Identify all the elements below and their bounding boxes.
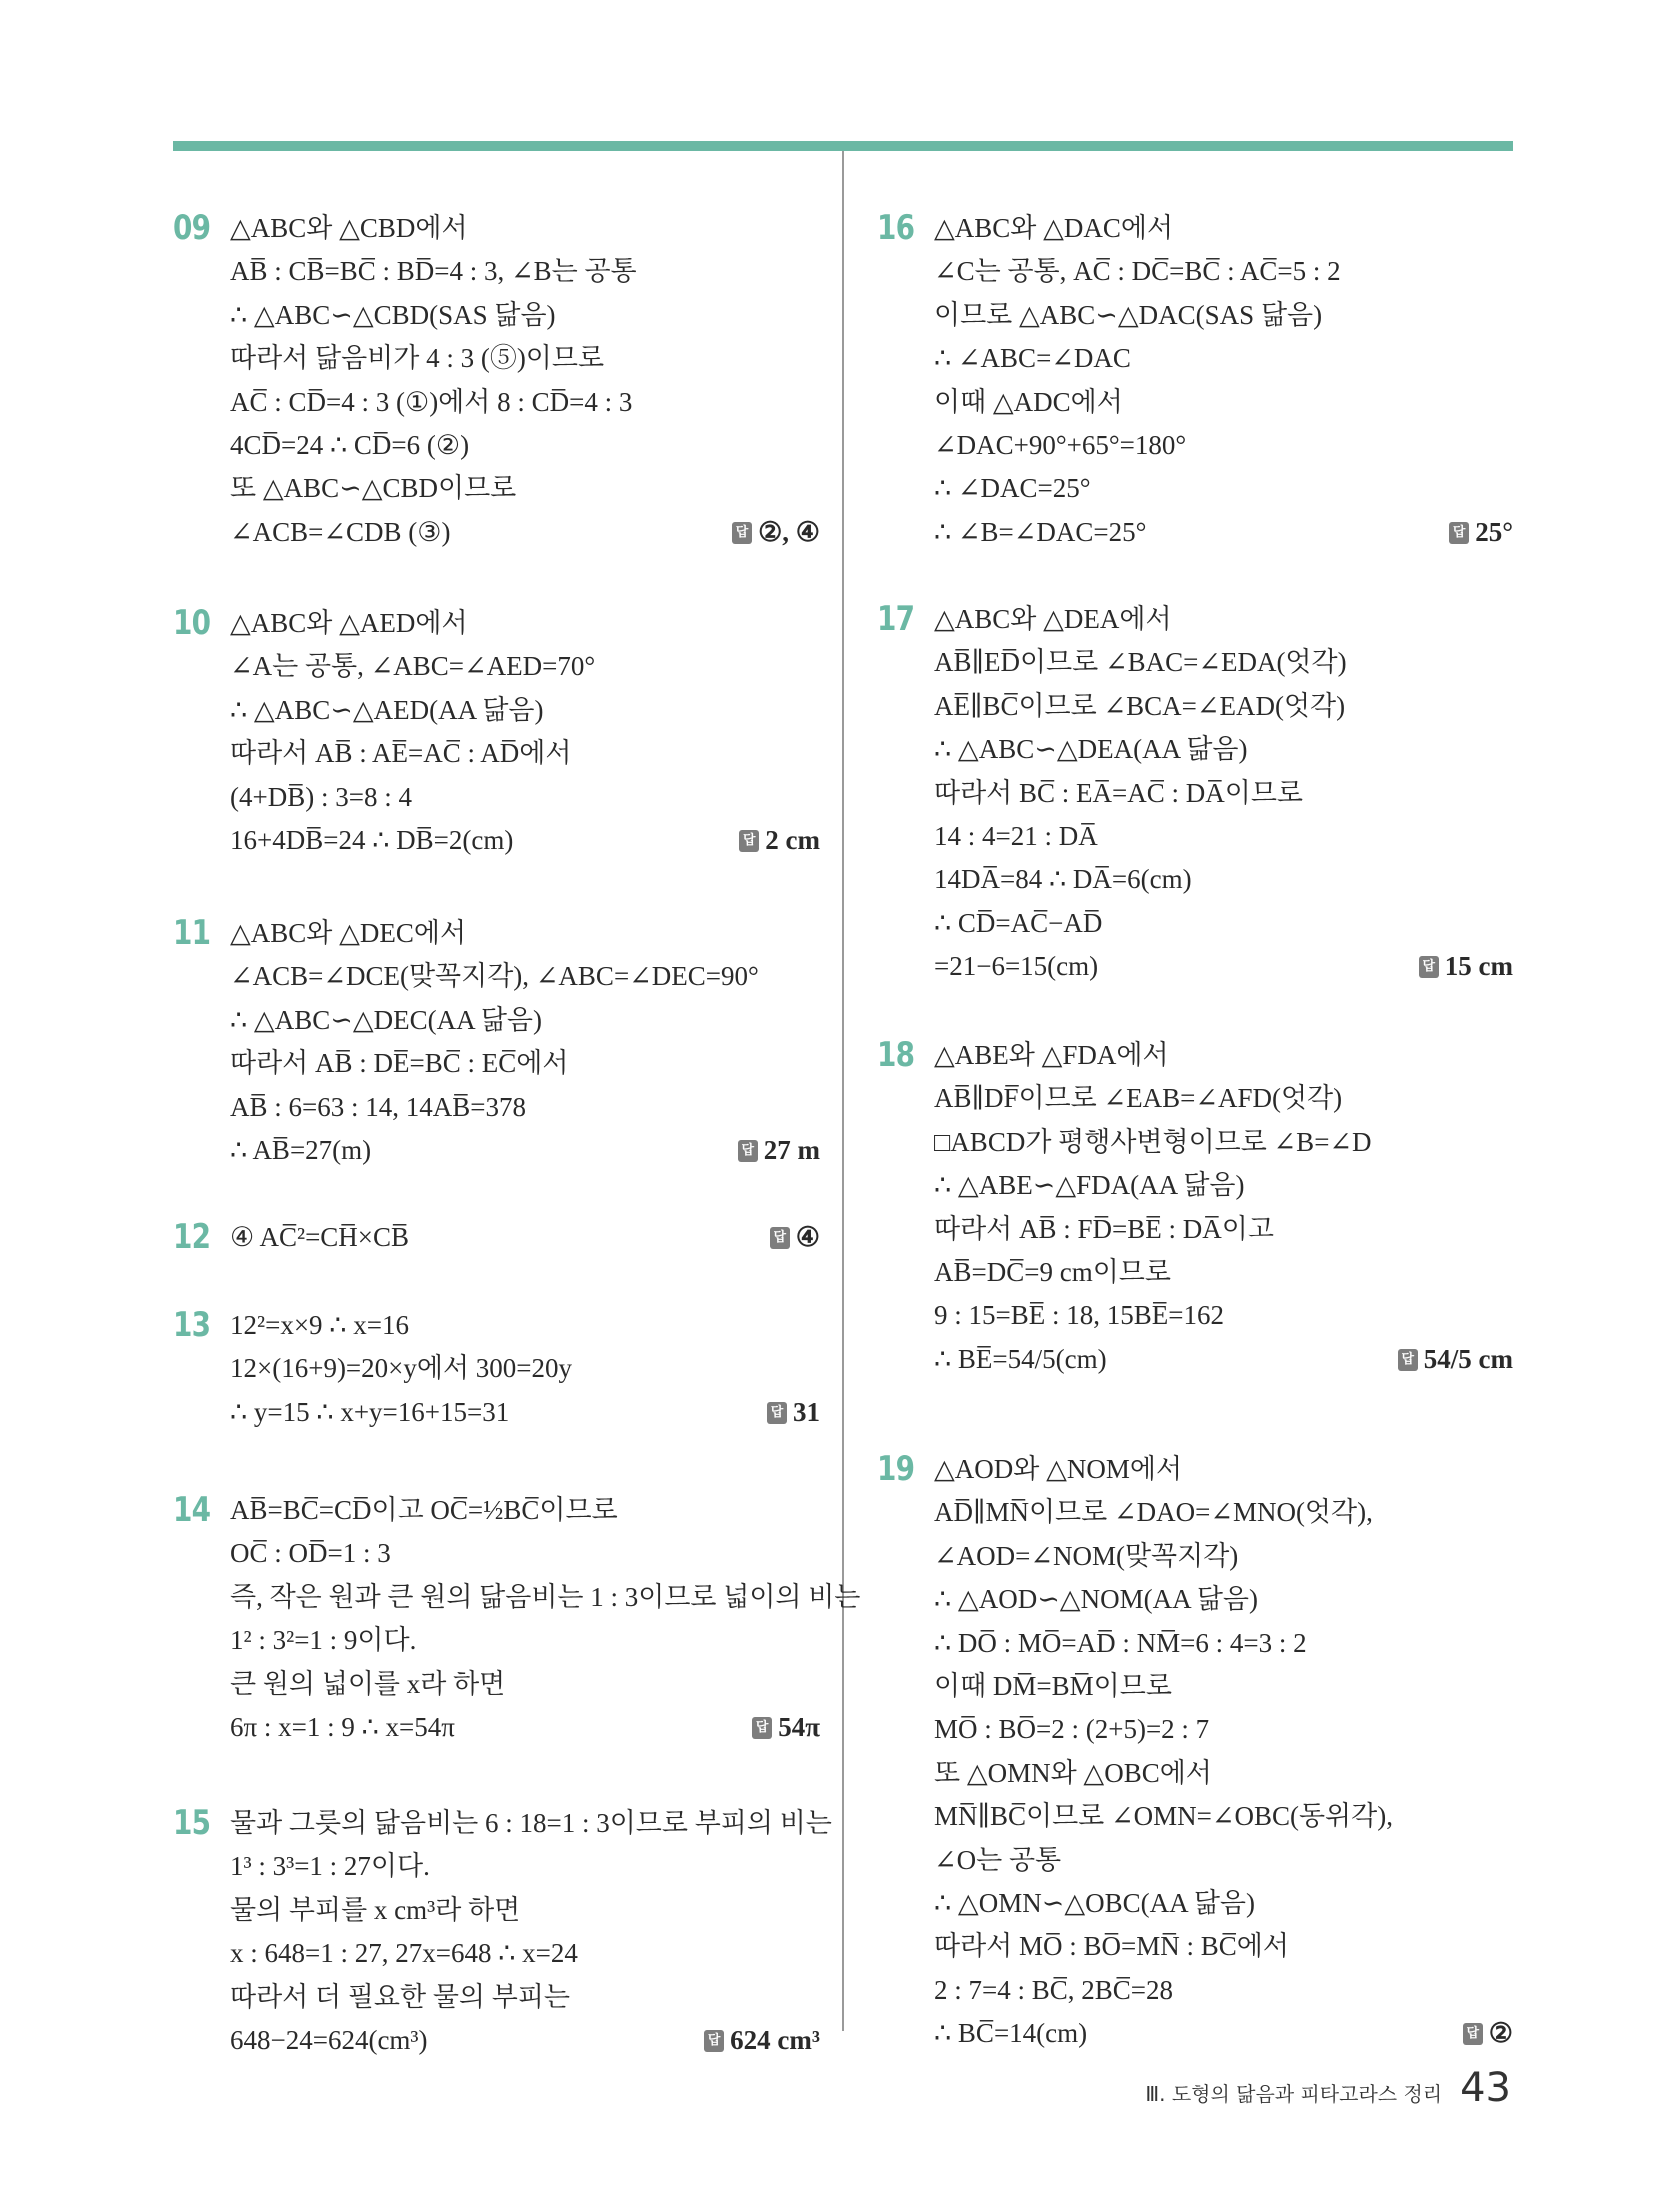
answer: 답31: [767, 1391, 820, 1434]
solution-line: 따라서 AB̅ : FD̅=BE̅ : DA̅이고: [934, 1208, 1372, 1251]
solution-line: 12²=x×9 ∴ x=16: [230, 1304, 572, 1347]
answer-value: 54/5 cm: [1424, 1338, 1513, 1381]
answer: 답54/5 cm: [1398, 1338, 1513, 1381]
solution-line: 이때 DM̅=BM̅이므로: [934, 1665, 1393, 1708]
problem-number: 15: [173, 1802, 210, 1845]
answer-value: ②: [1489, 2012, 1513, 2055]
solution-line: AB̅=DC̅=9 cm이므로: [934, 1251, 1372, 1294]
answer: 답②, ④: [732, 511, 820, 554]
solution-line: △ABC와 △DEC에서: [230, 912, 759, 955]
solution-line: MO̅ : BO̅=2 : (2+5)=2 : 7: [934, 1708, 1393, 1751]
solution-line: ∠C는 공통, AC̅ : DC̅=BC̅ : AC̅=5 : 2: [934, 250, 1341, 293]
solution-line: ∴ y=15 ∴ x+y=16+15=31: [230, 1391, 572, 1434]
header-accent-bar: [173, 141, 1513, 151]
solution-line: ∴ ∠DAC=25°: [934, 467, 1341, 510]
solution-line: 2 : 7=4 : BC̅, 2BC̅=28: [934, 1969, 1393, 2012]
solution-line: 따라서 MO̅ : BO̅=MN̅ : BC̅에서: [934, 1925, 1393, 1968]
solution-line: 따라서 BC̅ : EA̅=AC̅ : DA̅이므로: [934, 772, 1347, 815]
solution-line: AB̅=BC̅=CD̅이고 OC̅=½BC̅이므로: [230, 1489, 860, 1532]
solution-lines: 12²=x×9 ∴ x=1612×(16+9)=20×y에서 300=20y∴ …: [230, 1304, 572, 1434]
solution-line: 16+4DB̅=24 ∴ DB̅=2(cm): [230, 819, 595, 862]
solution-lines: △ABC와 △CBD에서AB̅ : CB̅=BC̅ : BD̅=4 : 3, ∠…: [230, 207, 637, 554]
answer-badge-icon: 답: [770, 1227, 790, 1249]
answer-value: 2 cm: [765, 819, 820, 862]
solution-line: 14DA̅=84 ∴ DA̅=6(cm): [934, 858, 1347, 901]
solution-line: AB̅∥ED̅이므로 ∠BAC=∠EDA(엇각): [934, 641, 1347, 684]
answer-value: 31: [793, 1391, 820, 1434]
answer-badge-icon: 답: [1419, 956, 1439, 978]
solution-line: =21−6=15(cm): [934, 945, 1347, 988]
solution-line: ∠ACB=∠CDB (③): [230, 511, 637, 554]
solution-line: 1² : 3²=1 : 9이다.: [230, 1619, 860, 1662]
solution-line: ∴ △AOD∽△NOM(AA 닮음): [934, 1578, 1393, 1621]
solution-line: ∴ ∠B=∠DAC=25°: [934, 511, 1341, 554]
solution-line: ∴ BE̅=54/5(cm): [934, 1338, 1372, 1381]
answer-value: 54π: [778, 1706, 820, 1749]
answer-badge-icon: 답: [739, 830, 759, 852]
solution-line: ∴ △ABC∽△CBD(SAS 닮음): [230, 294, 637, 337]
solution-line: ∴ △OMN∽△OBC(AA 닮음): [934, 1882, 1393, 1925]
problem-number: 10: [173, 602, 210, 645]
solution-line: 12×(16+9)=20×y에서 300=20y: [230, 1347, 572, 1390]
problem-number: 19: [877, 1448, 914, 1491]
solution-line: AB̅ : CB̅=BC̅ : BD̅=4 : 3, ∠B는 공통: [230, 250, 637, 293]
solution-line: △AOD와 △NOM에서: [934, 1448, 1393, 1491]
solution-line: 물과 그릇의 닮음비는 6 : 18=1 : 3이므로 부피의 비는: [230, 1802, 832, 1845]
solution-lines: △ABE와 △FDA에서AB̅∥DF̅이므로 ∠EAB=∠AFD(엇각)□ABC…: [934, 1034, 1372, 1381]
solution-lines: ④ AC̅²=CH̅×CB̅: [230, 1216, 409, 1259]
answer-badge-icon: 답: [1463, 2023, 1483, 2045]
problem-number: 16: [877, 207, 914, 250]
answer-badge-icon: 답: [767, 1402, 787, 1424]
solution-line: △ABC와 △CBD에서: [230, 207, 637, 250]
problem-number: 18: [877, 1034, 914, 1077]
answer-value: 27 m: [764, 1129, 820, 1172]
problem-number: 13: [173, 1304, 210, 1347]
answer-value: 624 cm³: [730, 2019, 820, 2062]
solution-line: AB̅∥DF̅이므로 ∠EAB=∠AFD(엇각): [934, 1077, 1372, 1120]
solution-line: 또 △OMN와 △OBC에서: [934, 1752, 1393, 1795]
page-number: 43: [1460, 2065, 1511, 2111]
answer: 답27 m: [738, 1129, 820, 1172]
solution-line: ∴ DO̅ : MO̅=AD̅ : NM̅=6 : 4=3 : 2: [934, 1622, 1393, 1665]
problem-number: 14: [173, 1489, 210, 1532]
solution-lines: △ABC와 △AED에서∠A는 공통, ∠ABC=∠AED=70°∴ △ABC∽…: [230, 602, 595, 862]
solution-line: ∴ BC̅=14(cm): [934, 2012, 1393, 2055]
chapter-title: Ⅲ. 도형의 닮음과 피타고라스 정리: [1145, 2078, 1442, 2107]
solution-lines: △ABC와 △DAC에서∠C는 공통, AC̅ : DC̅=BC̅ : AC̅=…: [934, 207, 1341, 554]
answer: 답②: [1463, 2012, 1513, 2055]
solution-line: ∴ △ABE∽△FDA(AA 닮음): [934, 1164, 1372, 1207]
solution-line: AC̅ : CD̅=4 : 3 (①)에서 8 : CD̅=4 : 3: [230, 381, 637, 424]
solution-line: △ABC와 △DEA에서: [934, 598, 1347, 641]
answer-badge-icon: 답: [738, 1140, 758, 1162]
answer: 답624 cm³: [704, 2019, 820, 2062]
answer: 답54π: [752, 1706, 820, 1749]
solution-line: ∴ △ABC∽△DEA(AA 닮음): [934, 728, 1347, 771]
problem-number: 17: [877, 598, 914, 641]
solution-line: ∠ACB=∠DCE(맞꼭지각), ∠ABC=∠DEC=90°: [230, 955, 759, 998]
problem-number: 12: [173, 1216, 210, 1259]
answer-value: ④: [796, 1216, 820, 1259]
solution-line: 이므로 △ABC∽△DAC(SAS 닮음): [934, 294, 1341, 337]
solution-line: AE̅∥BC̅이므로 ∠BCA=∠EAD(엇각): [934, 685, 1347, 728]
answer-value: 15 cm: [1445, 945, 1513, 988]
solution-line: 9 : 15=BE̅ : 18, 15BE̅=162: [934, 1294, 1372, 1337]
solution-line: △ABC와 △DAC에서: [934, 207, 1341, 250]
solution-line: 큰 원의 넓이를 x라 하면: [230, 1663, 860, 1706]
solution-line: ∠O는 공통: [934, 1839, 1393, 1882]
solution-line: AB̅ : 6=63 : 14, 14AB̅=378: [230, 1086, 759, 1129]
solution-line: ∴ AB̅=27(m): [230, 1129, 759, 1172]
answer: 답25°: [1449, 511, 1513, 554]
solution-line: ∠A는 공통, ∠ABC=∠AED=70°: [230, 645, 595, 688]
solution-line: 즉, 작은 원과 큰 원의 닮음비는 1 : 3이므로 넓이의 비는: [230, 1576, 860, 1619]
answer-value: ②, ④: [758, 511, 820, 554]
answer-badge-icon: 답: [1398, 1349, 1418, 1371]
answer-badge-icon: 답: [752, 1717, 772, 1739]
problem-number: 09: [173, 207, 210, 250]
solution-line: 4CD̅=24 ∴ CD̅=6 (②): [230, 424, 637, 467]
solution-line: AD̅∥MN̅이므로 ∠DAO=∠MNO(엇각),: [934, 1491, 1393, 1534]
solution-line: 따라서 AB̅ : AE̅=AC̅ : AD̅에서: [230, 732, 595, 775]
solution-line: 1³ : 3³=1 : 27이다.: [230, 1845, 832, 1888]
solution-line: ④ AC̅²=CH̅×CB̅: [230, 1216, 409, 1259]
answer-value: 25°: [1475, 511, 1513, 554]
solution-line: 이때 △ADC에서: [934, 381, 1341, 424]
solution-line: x : 648=1 : 27, 27x=648 ∴ x=24: [230, 1932, 832, 1975]
page-footer: Ⅲ. 도형의 닮음과 피타고라스 정리 43: [1145, 2065, 1511, 2111]
solution-line: ∴ △ABC∽△AED(AA 닮음): [230, 689, 595, 732]
answer-badge-icon: 답: [732, 522, 752, 544]
answer-badge-icon: 답: [704, 2030, 724, 2052]
problem-number: 11: [173, 912, 210, 955]
solution-line: △ABE와 △FDA에서: [934, 1034, 1372, 1077]
solution-line: ∴ ∠ABC=∠DAC: [934, 337, 1341, 380]
solution-line: (4+DB̅) : 3=8 : 4: [230, 776, 595, 819]
answer: 답15 cm: [1419, 945, 1513, 988]
answer-badge-icon: 답: [1449, 522, 1469, 544]
solution-lines: △AOD와 △NOM에서AD̅∥MN̅이므로 ∠DAO=∠MNO(엇각),∠AO…: [934, 1448, 1393, 2055]
solution-line: ∴ △ABC∽△DEC(AA 닮음): [230, 999, 759, 1042]
solution-lines: △ABC와 △DEA에서AB̅∥ED̅이므로 ∠BAC=∠EDA(엇각)AE̅∥…: [934, 598, 1347, 989]
solution-line: MN̅∥BC̅이므로 ∠OMN=∠OBC(동위각),: [934, 1795, 1393, 1838]
solution-lines: △ABC와 △DEC에서∠ACB=∠DCE(맞꼭지각), ∠ABC=∠DEC=9…: [230, 912, 759, 1172]
solution-line: 따라서 닮음비가 4 : 3 (⑤)이므로: [230, 337, 637, 380]
solution-line: △ABC와 △AED에서: [230, 602, 595, 645]
solution-line: 따라서 AB̅ : DE̅=BC̅ : EC̅에서: [230, 1042, 759, 1085]
solution-line: 14 : 4=21 : DA̅: [934, 815, 1347, 858]
solution-line: 또 △ABC∽△CBD이므로: [230, 467, 637, 510]
solution-line: ∠AOD=∠NOM(맞꼭지각): [934, 1535, 1393, 1578]
answer: 답④: [770, 1216, 820, 1259]
solution-line: □ABCD가 평행사변형이므로 ∠B=∠D: [934, 1121, 1372, 1164]
solution-line: ∴ CD̅=AC̅−AD̅: [934, 902, 1347, 945]
solution-line: ∠DAC+90°+65°=180°: [934, 424, 1341, 467]
solution-line: 물의 부피를 x cm³라 하면: [230, 1889, 832, 1932]
answer: 답2 cm: [739, 819, 820, 862]
solution-line: 따라서 더 필요한 물의 부피는: [230, 1976, 832, 2019]
solution-line: OC̅ : OD̅=1 : 3: [230, 1532, 860, 1575]
